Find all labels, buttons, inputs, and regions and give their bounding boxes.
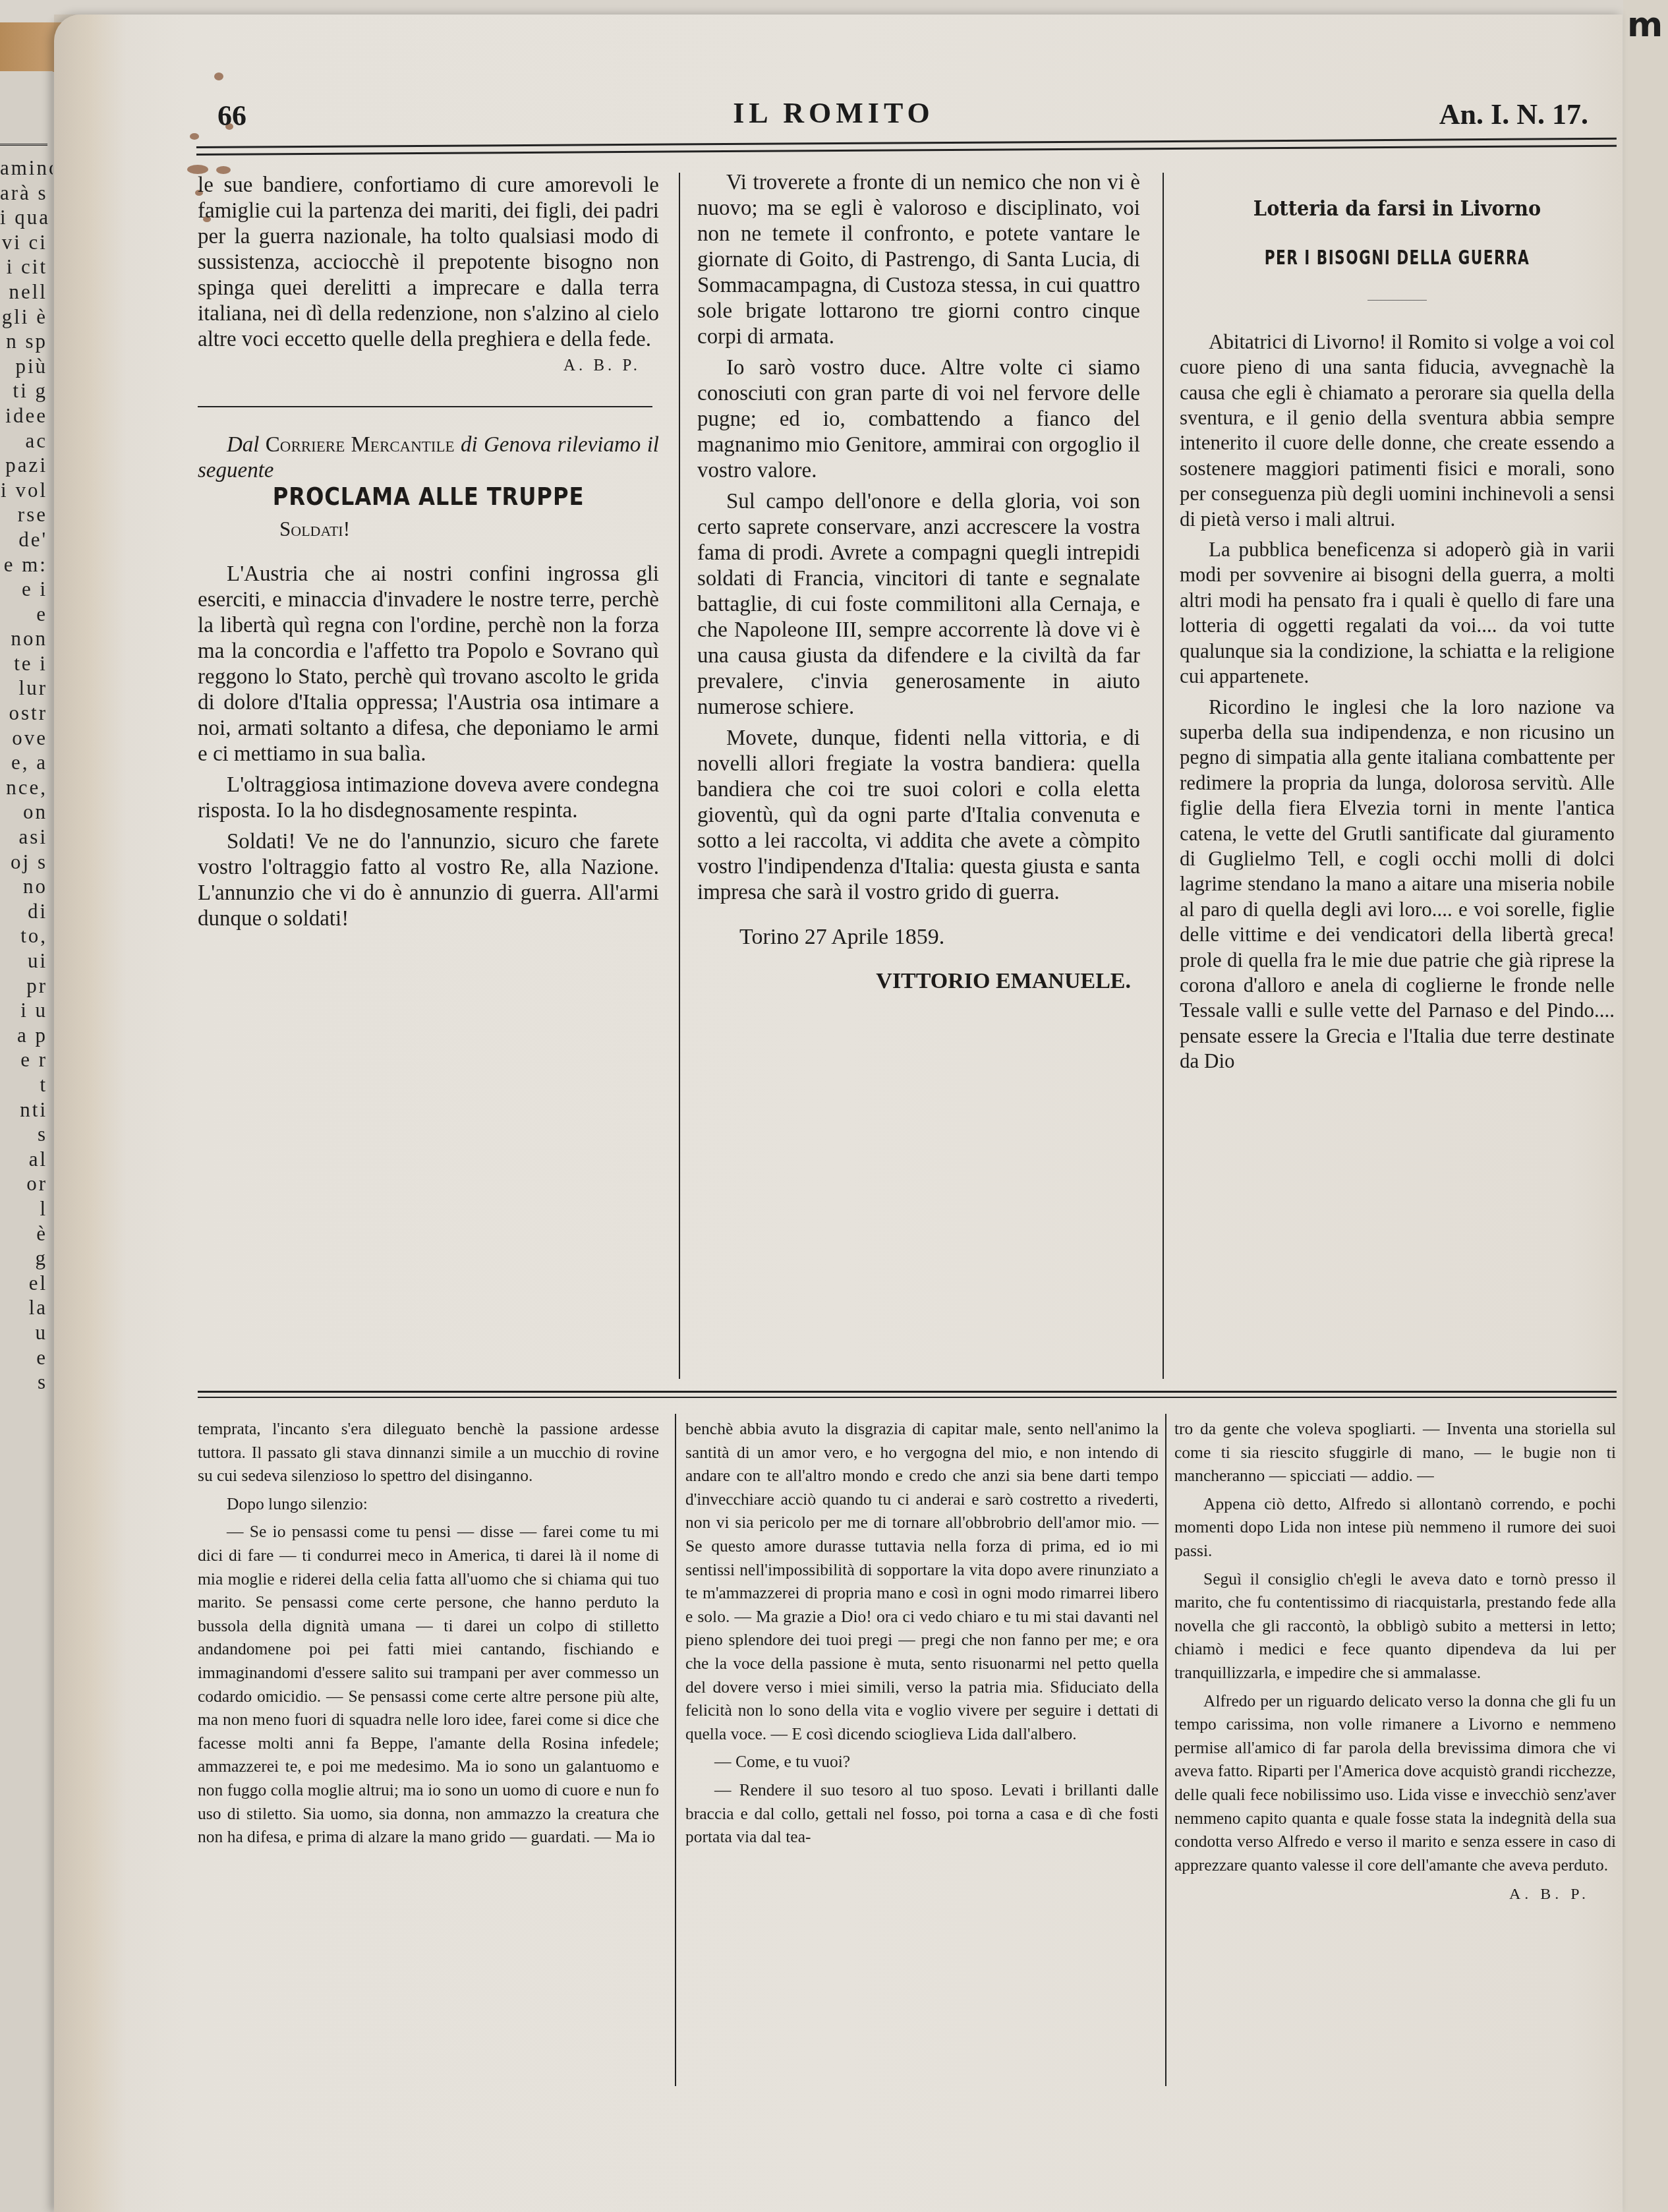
left-fragment-line: on (0, 800, 47, 825)
left-fragment-line: ove (0, 726, 47, 751)
left-fragment-line: de' (0, 527, 47, 552)
left-fragment-line: vi ci (0, 230, 47, 255)
left-fragment-line: al (0, 1147, 47, 1172)
paragraph: Abitatrici di Livorno! il Romito si volg… (1180, 330, 1615, 532)
paragraph: Soldati! Ve ne do l'annunzio, sicuro che… (198, 829, 659, 932)
feuilleton-separator-rule (198, 1391, 1617, 1398)
left-fragment-line: e i (0, 577, 47, 602)
proclama-title: PROCLAMA ALLE TRUPPE (233, 484, 625, 509)
issue-number: An. I. N. 17. (1439, 98, 1588, 131)
adjacent-left-page: aminoarà si quavi cii citnellgli èn sppi… (0, 71, 53, 2212)
left-fragment-line: s (0, 1370, 47, 1395)
lotteria-subtitle: PER I BISOGNI DELLA GUERRA (1245, 245, 1549, 270)
left-fragment-line: e (0, 1345, 47, 1370)
left-fragment-line: n sp (0, 329, 47, 354)
column-proclama-continued: Vi troverete a fronte di un nemico che n… (697, 170, 1140, 994)
left-fragment-line: e, a (0, 750, 47, 775)
adjacent-right-page: m (1623, 0, 1668, 2212)
paragraph: tro da gente che voleva spogliarti. — In… (1174, 1417, 1616, 1488)
paragraph: — Se io pensassi come tu pensi — disse —… (198, 1520, 659, 1848)
left-fragment-line: asi (0, 825, 47, 850)
column-divider (679, 173, 680, 1379)
column-proclama: le sue bandiere, confortiamo di cure amo… (198, 173, 659, 932)
left-fragment-line: amino (0, 156, 47, 181)
continuation-signature: A. B. P. (198, 353, 659, 378)
paragraph: — Come, e tu vuoi? (685, 1750, 1159, 1774)
left-fragment-line: ui (0, 948, 47, 974)
paragraph: Dopo lungo silenzio: (198, 1492, 659, 1516)
left-page-rule (0, 144, 47, 148)
column-divider (1165, 1414, 1166, 2086)
handwritten-mark: m (1627, 5, 1663, 45)
left-fragment-line: è (0, 1221, 47, 1246)
paragraph: Movete, dunque, fidenti nella vittoria, … (697, 726, 1140, 906)
left-fragment-line: no (0, 874, 47, 899)
left-fragment-line: or (0, 1171, 47, 1196)
paragraph: Appena ciò detto, Alfredo si allontanò c… (1174, 1492, 1616, 1563)
paragraph: Seguì il consiglio ch'egli le aveva dato… (1174, 1567, 1616, 1685)
left-fragment-line: ostr (0, 701, 47, 726)
left-page-text-fragment: aminoarà si quavi cii citnellgli èn sppi… (0, 156, 47, 1395)
left-fragment-line: rse (0, 502, 47, 527)
left-fragment-line: i vol (0, 478, 47, 503)
left-fragment-line: e r (0, 1047, 47, 1072)
left-fragment-line: t (0, 1072, 47, 1097)
source-newspaper: Corriere Mercantile (266, 433, 455, 457)
paragraph: Io sarò vostro duce. Altre volte ci siam… (697, 355, 1140, 484)
left-fragment-line: ac (0, 428, 47, 453)
left-fragment-line: to, (0, 923, 47, 948)
page-gutter-shadow (54, 15, 127, 2212)
column-divider (1163, 173, 1164, 1379)
feuilleton-column-1: temprata, l'incanto s'era dileguato benc… (198, 1417, 659, 1849)
paragraph: Sul campo dell'onore e della gloria, voi… (697, 489, 1140, 720)
left-fragment-line: l (0, 1196, 47, 1221)
left-fragment-line: i qua (0, 205, 47, 230)
left-fragment-line: te i (0, 651, 47, 676)
left-fragment-line: ti g (0, 378, 47, 403)
left-fragment-line: idee (0, 403, 47, 428)
page-header: 66 IL ROMITO An. I. N. 17. (198, 86, 1621, 138)
stain-spot (214, 73, 223, 80)
left-fragment-line: s (0, 1122, 47, 1147)
left-fragment-line: nell (0, 279, 47, 305)
feuilleton-signature: A. B. P. (1174, 1883, 1616, 1907)
paragraph: Ricordino le inglesi che la loro nazione… (1180, 695, 1615, 1074)
left-fragment-line: e m: (0, 552, 47, 577)
section-divider (198, 406, 652, 407)
left-fragment-line: pazi (0, 453, 47, 478)
left-fragment-line: g (0, 1246, 47, 1271)
source-line: Dal Corriere Mercantile di Genova rilevi… (198, 432, 659, 484)
proclama-signature: VITTORIO EMANUELE. (697, 968, 1140, 994)
left-fragment-line: nce, (0, 775, 47, 800)
left-fragment-line: arà s (0, 181, 47, 206)
salutation: Soldati! (198, 516, 659, 542)
lotteria-title: Lotteria da farsi in Livorno (1195, 196, 1599, 221)
column-divider (675, 1414, 676, 2086)
left-fragment-line: gli è (0, 305, 47, 330)
left-fragment-line: a p (0, 1023, 47, 1048)
paragraph: — Rendere il suo tesoro al tuo sposo. Le… (685, 1778, 1159, 1849)
source-prefix: Dal (227, 433, 260, 457)
left-fragment-line: e (0, 602, 47, 627)
proclama-date: Torino 27 Aprile 1859. (697, 924, 1140, 950)
paragraph: temprata, l'incanto s'era dileguato benc… (198, 1417, 659, 1488)
paragraph: L'oltraggiosa intimazione doveva avere c… (198, 772, 659, 824)
paragraph: L'Austria che ai nostri confini ingrossa… (198, 562, 659, 767)
left-fragment-line: più (0, 354, 47, 379)
left-fragment-line: la (0, 1295, 47, 1320)
feuilleton-column-2: benchè abbia avuto la disgrazia di capit… (685, 1417, 1159, 1849)
left-fragment-line: i cit (0, 254, 47, 279)
left-fragment-line: nti (0, 1097, 47, 1122)
left-fragment-line: i u (0, 998, 47, 1023)
article-continuation: le sue bandiere, confortiamo di cure amo… (198, 173, 659, 353)
left-fragment-line: lur (0, 676, 47, 701)
left-fragment-line: el (0, 1271, 47, 1296)
paragraph: Vi troverete a fronte di un nemico che n… (697, 170, 1140, 350)
left-fragment-line: u (0, 1320, 47, 1345)
short-divider (1367, 300, 1427, 301)
masthead-title: IL ROMITO (198, 96, 1621, 130)
paragraph: Alfredo per un riguardo delicato verso l… (1174, 1689, 1616, 1877)
left-fragment-line: oj s (0, 850, 47, 875)
column-lotteria: Lotteria da farsi in Livorno PER I BISOG… (1180, 178, 1615, 1074)
paragraph: La pubblica beneficenza si adoperò già i… (1180, 537, 1615, 689)
left-fragment-line: non (0, 626, 47, 651)
left-fragment-line: di (0, 899, 47, 924)
left-fragment-line: pr (0, 974, 47, 999)
paragraph: benchè abbia avuto la disgrazia di capit… (685, 1417, 1159, 1745)
feuilleton-column-3: tro da gente che voleva spogliarti. — In… (1174, 1417, 1616, 1907)
